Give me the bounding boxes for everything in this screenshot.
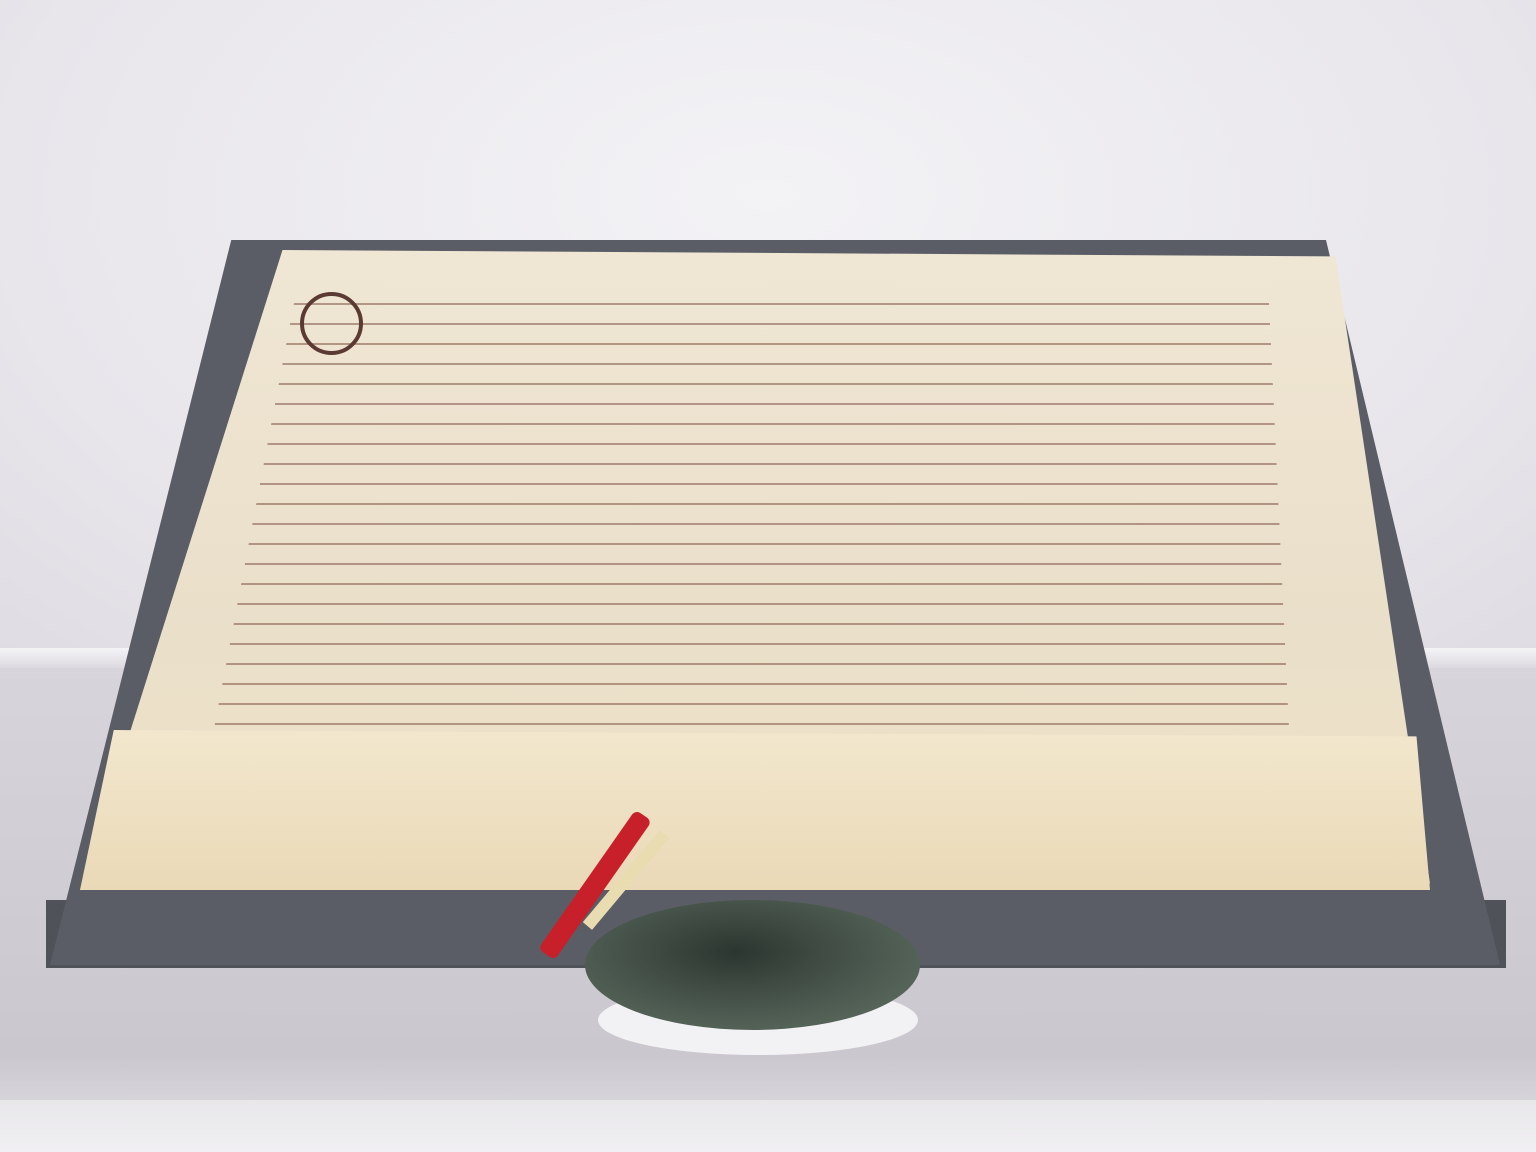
case-front-edge [0,1100,1536,1152]
charter-text-lines [210,290,1290,750]
charter-fold [80,730,1430,890]
decorated-initial [300,292,363,355]
wax-seal [585,900,920,1030]
